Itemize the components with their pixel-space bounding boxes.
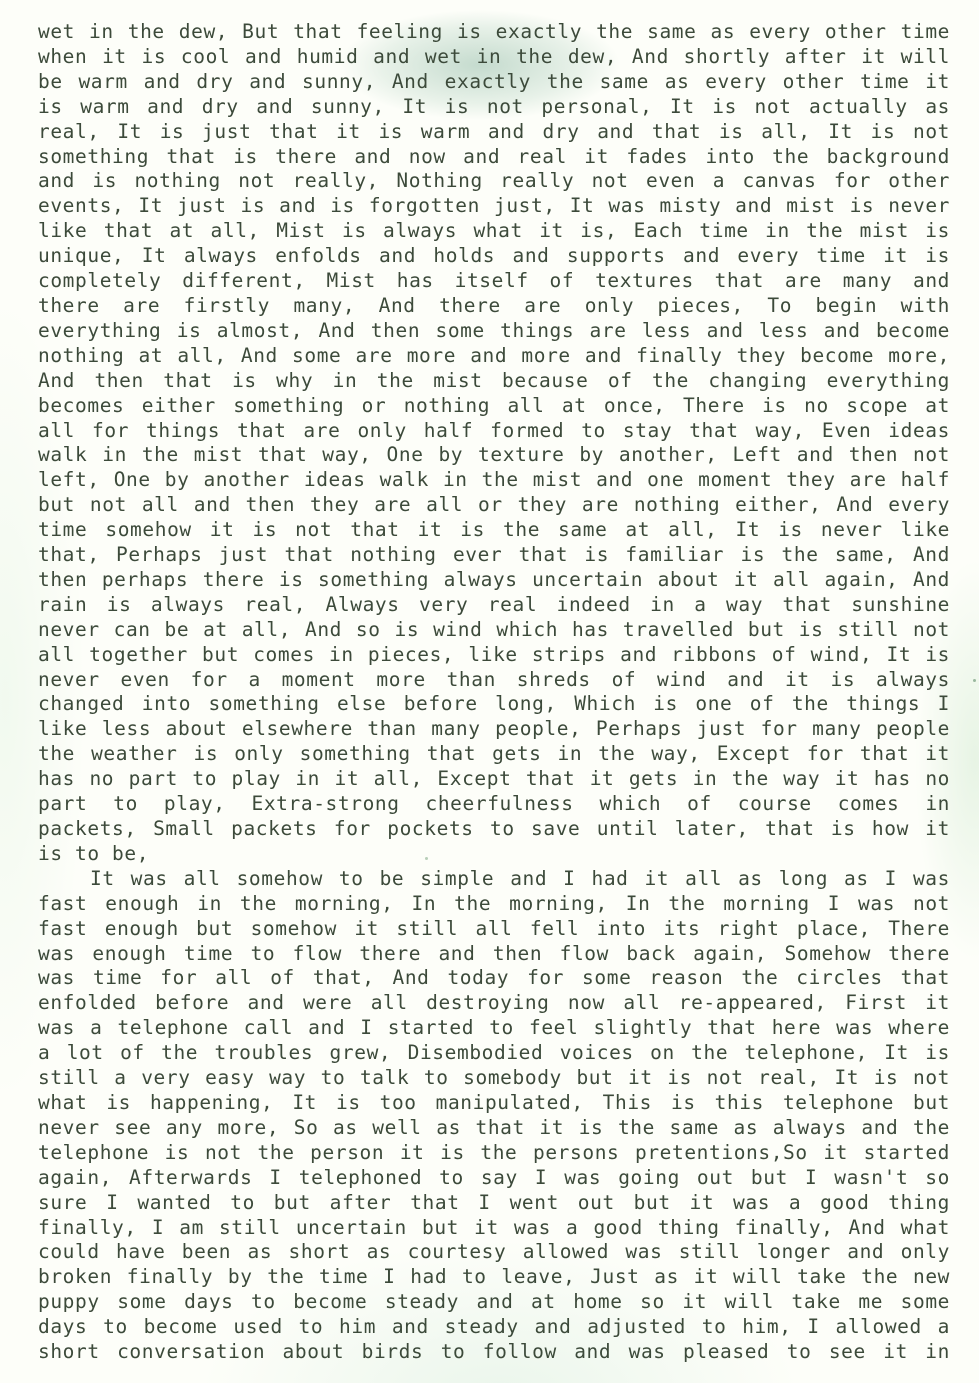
text-line: short conversation about birds to follow… <box>38 1340 950 1365</box>
text-line: telephone is not the person it is the pe… <box>38 1141 950 1166</box>
text-line: was a telephone call and I started to fe… <box>38 1016 950 1041</box>
text-line: sure I wanted to but after that I went o… <box>38 1191 950 1216</box>
text-line: like that at all, Mist is always what it… <box>38 219 950 244</box>
text-line: be warm and dry and sunny, And exactly t… <box>38 70 950 95</box>
text-line: finally, I am still uncertain but it was… <box>38 1216 950 1241</box>
text-line: enfolded before and were all destroying … <box>38 991 950 1016</box>
text-line: fast enough but somehow it still all fel… <box>38 917 950 942</box>
text-line: changed into something else before long,… <box>38 692 950 717</box>
text-line: has no part to play in it all, Except th… <box>38 767 950 792</box>
ink-speck <box>973 679 976 682</box>
text-line: never can be at all, And so is wind whic… <box>38 618 950 643</box>
text-line: packets, Small packets for pockets to sa… <box>38 817 950 842</box>
text-line: left, One by another ideas walk in the m… <box>38 468 950 493</box>
text-line: and is nothing not really, Nothing reall… <box>38 169 950 194</box>
text-line: part to play, Extra-strong cheerfulness … <box>38 792 950 817</box>
text-line: puppy some days to become steady and at … <box>38 1290 950 1315</box>
text-line: is warm and dry and sunny, It is not per… <box>38 95 950 120</box>
text-line: a lot of the troubles grew, Disembodied … <box>38 1041 950 1066</box>
text-line: And then that is why in the mist because… <box>38 369 950 394</box>
text-line: It was all somehow to be simple and I ha… <box>38 867 950 892</box>
text-line: broken finally by the time I had to leav… <box>38 1265 950 1290</box>
text-line: becomes either something or nothing all … <box>38 394 950 419</box>
text-line: events, It just is and is forgotten just… <box>38 194 950 219</box>
scanned-page: wet in the dew, But that feeling is exac… <box>0 0 979 1383</box>
text-line: was enough time to flow there and then f… <box>38 942 950 967</box>
text-line: nothing at all, And some are more and mo… <box>38 344 950 369</box>
text-line: still a very easy way to talk to somebod… <box>38 1066 950 1091</box>
text-line: all for things that are only half formed… <box>38 419 950 444</box>
text-line: fast enough in the morning, In the morni… <box>38 892 950 917</box>
text-line: again, Afterwards I telephoned to say I … <box>38 1166 950 1191</box>
text-line: days to become used to him and steady an… <box>38 1315 950 1340</box>
text-line: the weather is only something that gets … <box>38 742 950 767</box>
text-line: walk in the mist that way, One by textur… <box>38 443 950 468</box>
text-line: was time for all of that, And today for … <box>38 966 950 991</box>
paragraph: wet in the dew, But that feeling is exac… <box>38 20 950 867</box>
ink-speck <box>425 857 428 860</box>
text-line: is to be, <box>38 842 950 867</box>
text-line: real, It is just that it is warm and dry… <box>38 120 950 145</box>
text-line: time somehow it is not that it is the sa… <box>38 518 950 543</box>
text-line: when it is cool and humid and wet in the… <box>38 45 950 70</box>
text-line: completely different, Mist has itself of… <box>38 269 950 294</box>
text-line: that, Perhaps just that nothing ever tha… <box>38 543 950 568</box>
text-line: there are firstly many, And there are on… <box>38 294 950 319</box>
text-line: what is happening, It is too manipulated… <box>38 1091 950 1116</box>
text-line: could have been as short as courtesy all… <box>38 1240 950 1265</box>
text-line: everything is almost, And then some thin… <box>38 319 950 344</box>
text-line: something that is there and now and real… <box>38 145 950 170</box>
document-body: wet in the dew, But that feeling is exac… <box>38 20 950 1365</box>
text-line: never even for a moment more than shreds… <box>38 668 950 693</box>
text-line: wet in the dew, But that feeling is exac… <box>38 20 950 45</box>
text-line: like less about elsewhere than many peop… <box>38 717 950 742</box>
text-line: rain is always real, Always very real in… <box>38 593 950 618</box>
text-line: but not all and then they are all or the… <box>38 493 950 518</box>
text-line: then perhaps there is something always u… <box>38 568 950 593</box>
text-line: never see any more, So as well as that i… <box>38 1116 950 1141</box>
text-line: all together but comes in pieces, like s… <box>38 643 950 668</box>
text-line: unique, It always enfolds and holds and … <box>38 244 950 269</box>
paragraph: It was all somehow to be simple and I ha… <box>38 867 950 1365</box>
